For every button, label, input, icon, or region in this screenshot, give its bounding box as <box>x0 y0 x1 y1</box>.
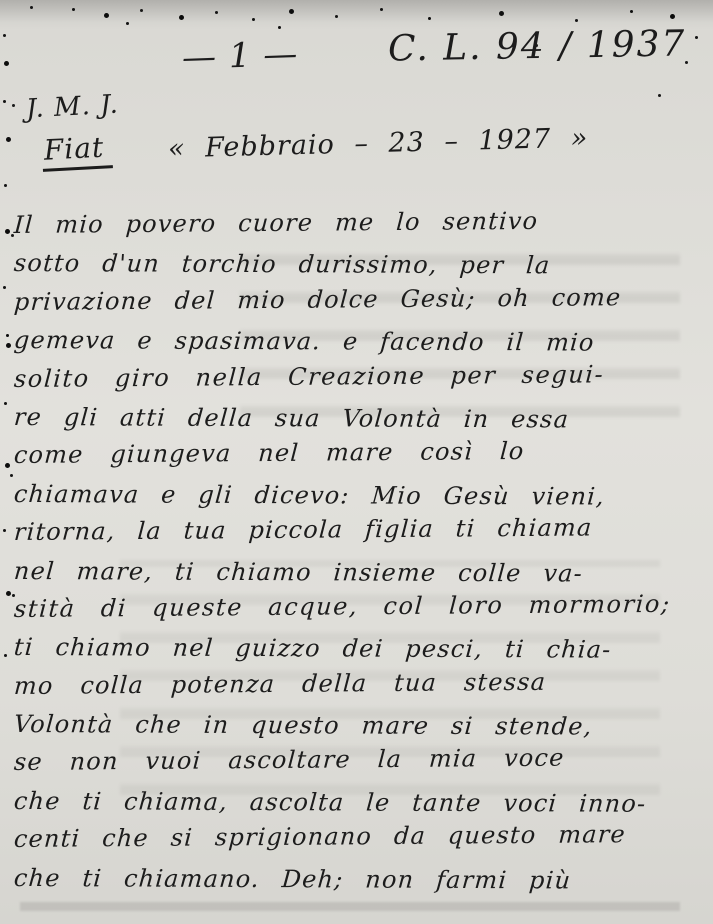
scan-edge-top <box>0 0 713 22</box>
manuscript-line: come giungeva nel mare così lo <box>13 431 705 475</box>
manuscript-line: stità di queste acque, col loro mormorio… <box>13 584 705 628</box>
manuscript-line: Il mio povero cuore me lo sentivo <box>13 201 705 245</box>
archive-number: C. L. 94 / 1937 <box>388 23 687 69</box>
manuscript-line: privazione del mio dolce Gesù; oh come <box>13 277 705 321</box>
bleed-through-band <box>20 902 680 911</box>
manuscript-line: se non vuoi ascoltare la mia voce <box>13 738 705 782</box>
manuscript-line: solito giro nella Creazione per segui- <box>13 354 705 398</box>
scan-noise-left <box>3 34 6 37</box>
date-line: « Febbraio – 23 – 1927 » <box>168 123 589 165</box>
motto-fiat: Fiat <box>41 130 113 172</box>
scan-noise-top <box>30 6 33 9</box>
monogram-jmj: J. M. J. <box>25 90 119 125</box>
manuscript-page: — 1 — C. L. 94 / 1937 J. M. J. Fiat « Fe… <box>0 0 713 924</box>
manuscript-line: centi che si sprigionano da questo mare <box>13 815 705 859</box>
manuscript-line: mo colla potenza della tua stessa <box>13 661 705 705</box>
page-number: — 1 — <box>181 34 299 78</box>
manuscript-line: che ti chiamano. Deh; non farmi più <box>13 859 706 900</box>
manuscript-body: Il mio povero cuore me lo sentivo sotto … <box>14 206 704 897</box>
manuscript-line: ritorna, la tua piccola figlia ti chiama <box>13 508 705 552</box>
